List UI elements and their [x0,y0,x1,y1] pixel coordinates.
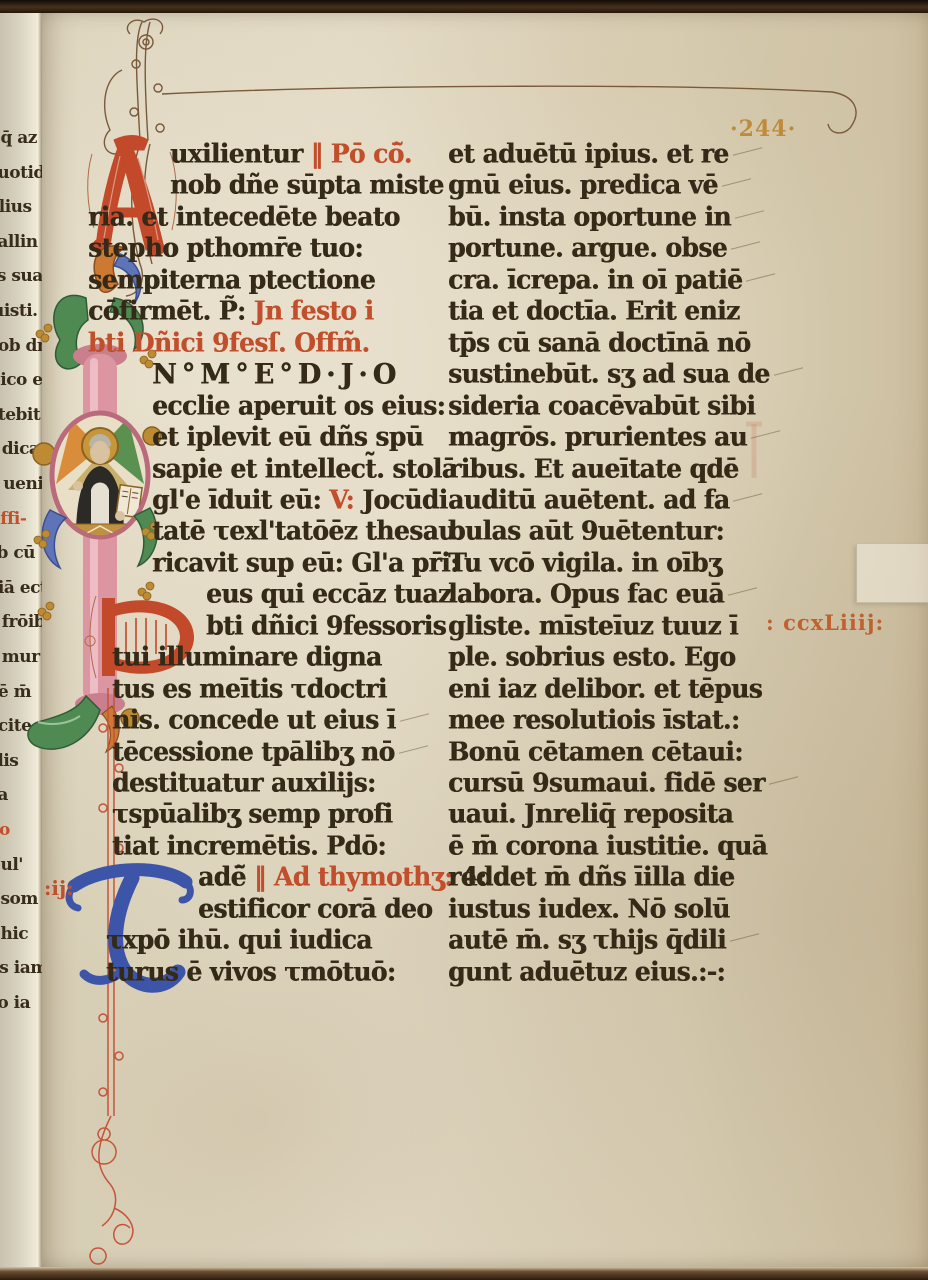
body-text: tp̄s cū sanā doctīnā nō [448,327,750,357]
body-text: labora. Opus fac euā [448,579,724,609]
text-line: bū. insta oportune in [448,201,765,231]
body-text: gnū eius. predica vē [448,170,718,200]
text-line: magrōs. prurientes au [448,421,781,451]
body-text: tia et doctīa. Erit eniz [448,296,739,326]
body-text: cursū 9sumaui. fidē ser [448,767,765,797]
line-filler-stroke [732,147,765,172]
text-line: Bonū cētamen cētaui: [448,736,743,766]
text-line: tia et doctīa. Erit eniz [448,296,739,326]
text-line: ē m̄ corona iustitie. quā [448,830,767,860]
text-line: uaui. Jnreliq̄ reposita [448,799,733,829]
text-line: ribus. Et aueītate qdē [448,453,738,483]
body-text: ple. sobrius esto. Ego [448,642,735,672]
text-column-right: et aduētū ipius. et regnū eius. predica … [0,0,928,1280]
body-text: sustinebūt. sʒ ad sua de [448,359,770,389]
body-text: gunt aduētuz eius.:-: [448,956,725,986]
text-line: ple. sobrius esto. Ego [448,642,735,672]
body-text: cra. īcrepa. in oī patiē [448,264,742,294]
line-filler-stroke [751,430,784,455]
body-text: ē m̄ corona iustitie. quā [448,830,767,860]
text-line: sustinebūt. sʒ ad sua de [448,359,804,389]
body-text: gliste. mīsteīuz tuuz ī [448,610,738,640]
line-filler-stroke [728,588,761,613]
text-line: Tu vcō vigila. in oībʒ [448,547,721,577]
manuscript-photo: s q̄ azquotidfiliusgallinos sualuisti. E… [0,0,928,1280]
text-line: reddet m̄ dñs īilla die [448,862,734,892]
repair-patch [856,544,928,603]
body-text: mee resolutiois īstat.: [448,705,739,735]
text-line: cra. īcrepa. in oī patiē [448,264,776,294]
text-line: cursū 9sumaui. fidē ser [448,767,799,797]
body-text: ribus. Et aueītate qdē [448,453,738,483]
line-filler-stroke [773,367,806,392]
line-filler-stroke [746,273,779,298]
body-text: et aduētū ipius. et re [448,138,729,168]
text-line: et aduētū ipius. et re [448,138,763,168]
text-line: gliste. mīsteīuz tuuz ī [448,610,738,640]
text-line: tp̄s cū sanā doctīnā nō [448,327,750,357]
body-text: eni iaz delibor. et tēpus [448,673,762,703]
text-line: bulas aūt 9uētentur: [448,516,724,546]
line-filler-stroke [722,179,755,204]
body-text: sideria coacēvabūt sibi [448,390,755,420]
body-text: portune. argue. obse [448,233,727,263]
text-line: auditū auētent. ad fa [448,484,763,514]
body-text: magrōs. prurientes au [448,421,747,451]
text-line: iustus iudex. Nō solū [448,893,730,923]
text-line: labora. Opus fac euā [448,579,758,609]
body-text: bulas aūt 9uētentur: [448,516,724,546]
line-filler-stroke [733,493,766,518]
binding-band-top [0,0,928,13]
body-text: reddet m̄ dñs īilla die [448,862,734,892]
body-text: bū. insta oportune in [448,201,731,231]
text-line: eni iaz delibor. et tēpus [448,673,762,703]
line-filler-stroke [730,933,763,958]
body-text: uaui. Jnreliq̄ reposita [448,799,733,829]
body-text: autē m̄. sʒ τhijs q̄dili [448,925,726,955]
line-filler-stroke [735,210,768,235]
text-line: portune. argue. obse [448,233,761,263]
text-line: gnū eius. predica vē [448,170,752,200]
text-line: mee resolutiois īstat.: [448,705,739,735]
body-text: Bonū cētamen cētaui: [448,736,743,766]
body-text: Tu vcō vigila. in oībʒ [448,547,721,577]
binding-band-bottom [0,1267,928,1280]
text-line: sideria coacēvabūt sibi [448,390,755,420]
text-line: autē m̄. sʒ τhijs q̄dili [448,925,760,955]
text-line: gunt aduētuz eius.:-: [448,956,725,986]
body-text: auditū auētent. ad fa [448,484,729,514]
line-filler-stroke [731,242,764,267]
body-text: iustus iudex. Nō solū [448,893,730,923]
line-filler-stroke [768,776,801,801]
